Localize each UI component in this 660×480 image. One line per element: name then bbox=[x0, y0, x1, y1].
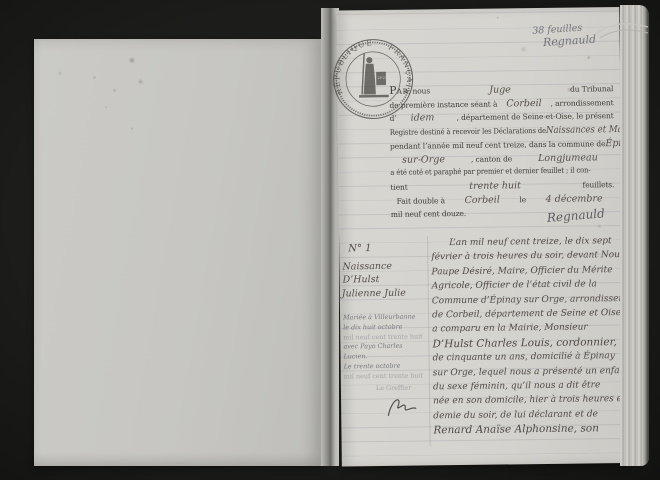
act-line: de Corbeil, département de Seine et Oise… bbox=[432, 306, 626, 323]
margin-firstnames: Julienne Julie bbox=[342, 288, 406, 300]
left-page-blank bbox=[34, 39, 322, 466]
printed-par: Par bbox=[389, 85, 408, 97]
form-line-canton: sur-Orge , canton de Longjumeau bbox=[390, 152, 614, 166]
right-page: RÉPUBLIQUE FRANÇAISE 2F25 38 feuilles Re… bbox=[336, 7, 625, 466]
margin-column: N° 1 Naissance D’Hulst Julienne Julie Ma… bbox=[336, 7, 619, 10]
handwritten-sur-orge: sur-Orge bbox=[402, 154, 445, 166]
form-line-registre: Registre destiné à recevoir les Déclarat… bbox=[390, 124, 592, 137]
handwritten-trente-huit: trente huit bbox=[469, 180, 521, 192]
stamp-value-text: 2F25 bbox=[378, 76, 388, 80]
form-line-feuillets: tient trente huit feuillets. bbox=[390, 179, 614, 193]
register-book-scan: RÉPUBLIQUE FRANÇAISE 2F25 38 feuilles Re… bbox=[0, 0, 660, 480]
margin-act-type: Naissance bbox=[342, 261, 392, 273]
printed-d: d’ bbox=[390, 114, 397, 123]
printed-le: le bbox=[519, 195, 526, 204]
act-line: née en son domicile, hier à trois heures… bbox=[433, 392, 627, 409]
printed-fait-double: Fait double à bbox=[397, 196, 445, 206]
form-line-cote-paraphe: a été coté et paraphé par premier et der… bbox=[390, 165, 592, 176]
margin-surname: D’Hulst bbox=[343, 274, 380, 285]
printed-feuillets: feuillets. bbox=[582, 180, 614, 189]
page-corner-curl bbox=[592, 0, 650, 40]
printed-nous: nous bbox=[412, 86, 430, 95]
page-stack-fore-edge bbox=[620, 5, 649, 466]
handwritten-corbeil-2: Corbeil bbox=[464, 195, 499, 206]
printed-arrondissement: , arrondissement bbox=[551, 98, 614, 108]
marianne-figure: 2F25 bbox=[359, 53, 389, 97]
form-line-instance: de première instance séant à Corbeil , a… bbox=[389, 97, 613, 111]
act-line: Renard Anaïse Alphonsine, son bbox=[433, 421, 627, 438]
top-annotation: 38 feuilles Regnauld bbox=[532, 22, 597, 50]
birth-act-text: L’an mil neuf cent treize, le dix sept f… bbox=[427, 234, 628, 446]
printed-douze: mil neuf cent douze. bbox=[391, 209, 466, 219]
register-certification-form: Par nous Juge du Tribunal de première in… bbox=[389, 77, 615, 225]
printed-instance: de première instance séant à bbox=[389, 100, 497, 110]
printed-pendant-annee: pendant l’année mil neuf cent treize, da… bbox=[390, 139, 606, 151]
printed-seine-et-oise: , département de Seine-et-Oise, le prése… bbox=[456, 111, 613, 122]
greffier-signature-flourish bbox=[382, 394, 422, 422]
handwritten-corbeil: Corbeil bbox=[506, 98, 541, 109]
printed-registre: Registre destiné à recevoir les Déclarat… bbox=[390, 126, 546, 137]
top-annotation-signature: Regnauld bbox=[543, 33, 597, 49]
form-line-commune: pendant l’année mil neuf cent treize, da… bbox=[390, 138, 614, 152]
printed-canton: , canton de bbox=[471, 154, 512, 164]
form-line-par-nous: Par nous Juge du Tribunal bbox=[389, 82, 613, 97]
act-number: N° 1 bbox=[348, 243, 371, 254]
printed-du-tribunal: du Tribunal bbox=[570, 84, 613, 94]
printed-cote-paraphe: a été coté et paraphé par premier et der… bbox=[390, 165, 590, 176]
form-line-departement: d’ idem , département de Seine-et-Oise, … bbox=[390, 110, 614, 124]
form-line-fait-double: Fait double à Corbeil le 4 décembre bbox=[391, 193, 621, 207]
handwritten-juge: Juge bbox=[489, 84, 511, 95]
handwritten-idem: idem bbox=[411, 112, 435, 123]
handwritten-longjumeau: Longjumeau bbox=[538, 152, 598, 164]
handwritten-date: 4 décembre bbox=[546, 193, 603, 205]
printed-tient: tient bbox=[390, 183, 407, 192]
